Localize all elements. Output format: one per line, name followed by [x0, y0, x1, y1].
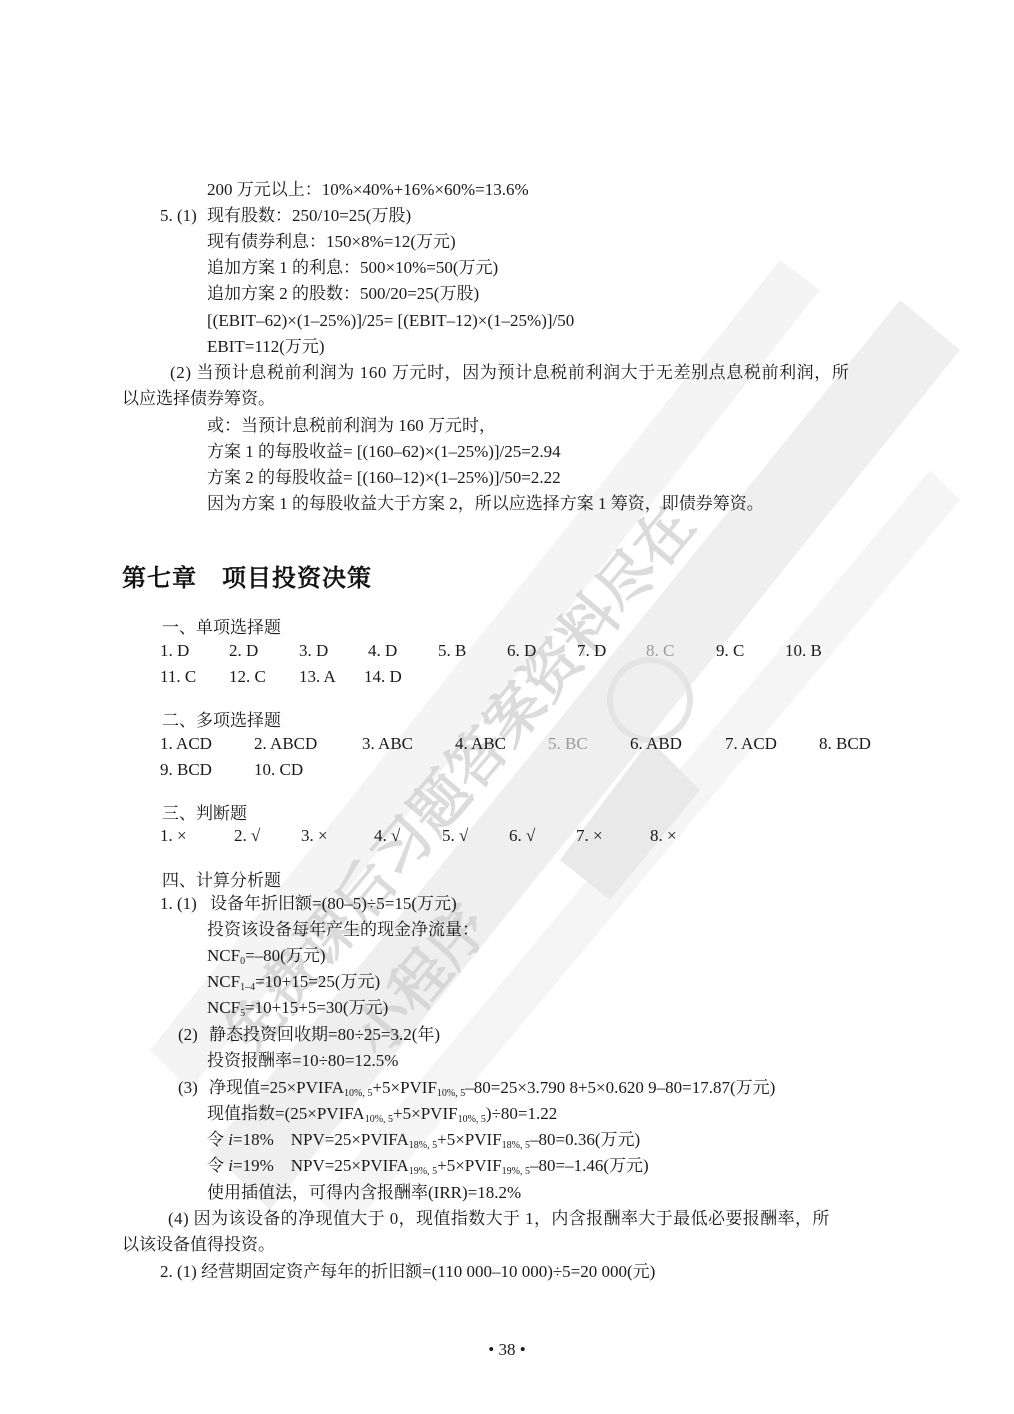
formula-part: –80=–1.46(万元) [530, 1156, 649, 1175]
ncf-base: NCF [207, 946, 240, 965]
npv-line: 净现值=25×PVIFA10%, 5+5×PVIF10%, 5–80=25×3.… [209, 1077, 775, 1105]
formula-part: –80=0.36(万元) [530, 1130, 640, 1149]
answer-item: 9. C [716, 641, 744, 661]
document-page: 免费课后习题答案资料尽在 小程序 200 万元以上：10%×40%+16%×60… [0, 0, 1014, 1414]
formula-part: =19% NPV=25×PVIFA [233, 1156, 409, 1175]
q1-2-label: (2) [178, 1024, 198, 1046]
formula-sub: 10%, 5 [437, 1088, 465, 1099]
answer-item: 2. D [229, 641, 258, 661]
ncf-sub: 1–4 [240, 982, 255, 993]
formula-sub: 18%, 5 [409, 1140, 437, 1151]
q5-2-line: (2) 当预计息税前利润为 160 万元时，因为预计息税前利润大于无差别点息税前… [170, 362, 849, 384]
answer-item: 3. ABC [362, 734, 413, 754]
page-number: • 38 • [0, 1340, 1014, 1360]
section-title-single-choice: 一、单项选择题 [162, 613, 281, 638]
answer-item: 1. ACD [160, 734, 212, 754]
q1-4-line: 以该设备值得投资。 [122, 1234, 275, 1256]
chapter-title: 第七章 项目投资决策 [122, 558, 372, 593]
answer-item: 2. √ [234, 826, 260, 846]
formula-sub: 18%, 5 [502, 1140, 530, 1151]
answer-item: 6. √ [509, 826, 535, 846]
ncf0-line: NCF0=–80(万元) [207, 945, 326, 973]
answer-item: 3. × [301, 826, 328, 846]
answer-item: 7. ACD [725, 734, 777, 754]
q5-1-label: 5. (1) [160, 205, 197, 227]
answer-item: 4. ABC [455, 734, 506, 754]
q1-1-label: 1. (1) [160, 893, 197, 915]
i18-line: 令 i=18% NPV=25×PVIFA18%, 5+5×PVIF18%, 5–… [207, 1129, 640, 1157]
answer-item: 5. BC [548, 734, 588, 754]
answer-item: 3. D [299, 641, 328, 661]
answer-item: 8. BCD [819, 734, 871, 754]
formula-part: –80=25×3.790 8+5×0.620 9–80=17.87(万元) [465, 1078, 775, 1097]
formula-part: 现值指数=(25×PVIFA [207, 1104, 365, 1123]
answer-item: 8. C [646, 641, 674, 661]
rate-over-200-line: 200 万元以上：10%×40%+16%×60%=13.6% [207, 179, 529, 201]
formula-part: +5×PVIF [372, 1078, 437, 1097]
answer-item: 7. × [576, 826, 603, 846]
answer-item: 5. B [438, 641, 466, 661]
formula-sub: 10%, 5 [458, 1114, 486, 1125]
answer-item: 7. D [577, 641, 606, 661]
formula-part: 净现值=25×PVIFA [209, 1078, 344, 1097]
q5-2-alt-line: 或：当预计息税前利润为 160 万元时， [207, 415, 496, 437]
answer-item: 1. D [160, 641, 189, 661]
answer-item: 2. ABCD [254, 734, 317, 754]
q5-2-alt-line: 因为方案 1 的每股收益大于方案 2，所以应选择方案 1 筹资，即债券筹资。 [207, 493, 764, 515]
q2-1-line: 2. (1) 经营期固定资产每年的折旧额=(110 000–10 000)÷5=… [160, 1261, 655, 1283]
section-title-true-false: 三、判断题 [162, 799, 247, 824]
formula-sub: 10%, 5 [365, 1114, 393, 1125]
q5-1-line: 现有股数：250/10=25(万股) [207, 205, 411, 227]
q1-4-line: (4) 因为该设备的净现值大于 0，现值指数大于 1，内含报酬率大于最低必要报酬… [168, 1208, 830, 1230]
answer-item: 6. D [507, 641, 536, 661]
q5-1-line: 现有债券利息：150×8%=12(万元) [207, 231, 456, 253]
answer-item: 10. CD [254, 760, 303, 780]
pi-line: 现值指数=(25×PVIFA10%, 5+5×PVIF10%, 5)÷80=1.… [207, 1103, 557, 1131]
q5-1-line: 追加方案 1 的利息：500×10%=50(万元) [207, 257, 498, 279]
q5-1-line: EBIT=112(万元) [207, 336, 325, 358]
answer-item: 5. √ [442, 826, 468, 846]
ncf14-line: NCF1–4=10+15=25(万元) [207, 971, 380, 999]
q5-2-alt-line: 方案 1 的每股收益= [(160–62)×(1–25%)]/25=2.94 [207, 441, 561, 463]
formula-part: 令 [207, 1156, 228, 1175]
calc-line: 投资报酬率=10÷80=12.5% [207, 1050, 398, 1072]
ncf-rest: =–80(万元) [245, 946, 325, 965]
answer-item: 10. B [785, 641, 822, 661]
q5-1-line: [(EBIT–62)×(1–25%)]/25= [(EBIT–12)×(1–25… [207, 310, 574, 332]
formula-sub: 19%, 5 [502, 1166, 530, 1177]
formula-part: 令 [207, 1130, 228, 1149]
formula-sub: 19%, 5 [409, 1166, 437, 1177]
answer-item: 9. BCD [160, 760, 212, 780]
answer-item: 12. C [229, 667, 266, 687]
answer-item: 11. C [160, 667, 196, 687]
q5-2-line: 以应选择债券筹资。 [122, 388, 275, 410]
answer-item: 4. √ [374, 826, 400, 846]
formula-part: =18% NPV=25×PVIFA [233, 1130, 409, 1149]
formula-sub: 10%, 5 [344, 1088, 372, 1099]
ncf-rest: =10+15=25(万元) [255, 972, 380, 991]
q5-2-alt-line: 方案 2 的每股收益= [(160–12)×(1–25%)]/50=2.22 [207, 467, 561, 489]
formula-part: )÷80=1.22 [486, 1104, 557, 1123]
i19-line: 令 i=19% NPV=25×PVIFA19%, 5+5×PVIF19%, 5–… [207, 1155, 649, 1183]
calc-line: 静态投资回收期=80÷25=3.2(年) [209, 1024, 440, 1046]
answer-item: 4. D [368, 641, 397, 661]
ncf5-line: NCF5=10+15+5=30(万元) [207, 997, 388, 1025]
formula-part: +5×PVIF [437, 1130, 502, 1149]
ncf-base: NCF [207, 998, 240, 1017]
section-title-calculation: 四、计算分析题 [162, 866, 281, 891]
calc-line: 投资该设备每年产生的现金净流量： [207, 919, 479, 941]
answer-item: 13. A [299, 667, 336, 687]
section-title-multi-choice: 二、多项选择题 [162, 706, 281, 731]
formula-part: +5×PVIF [437, 1156, 502, 1175]
calc-line: 设备年折旧额=(80–5)÷5=15(万元) [210, 893, 457, 915]
answer-item: 6. ABD [630, 734, 682, 754]
ncf-rest: =10+15+5=30(万元) [245, 998, 388, 1017]
q1-3-label: (3) [178, 1077, 198, 1099]
answer-item: 14. D [364, 667, 402, 687]
irr-line: 使用插值法，可得内含报酬率(IRR)=18.2% [207, 1182, 521, 1204]
formula-part: +5×PVIF [393, 1104, 458, 1123]
ncf-base: NCF [207, 972, 240, 991]
q5-1-line: 追加方案 2 的股数：500/20=25(万股) [207, 283, 479, 305]
answer-item: 1. × [160, 826, 187, 846]
answer-item: 8. × [650, 826, 677, 846]
